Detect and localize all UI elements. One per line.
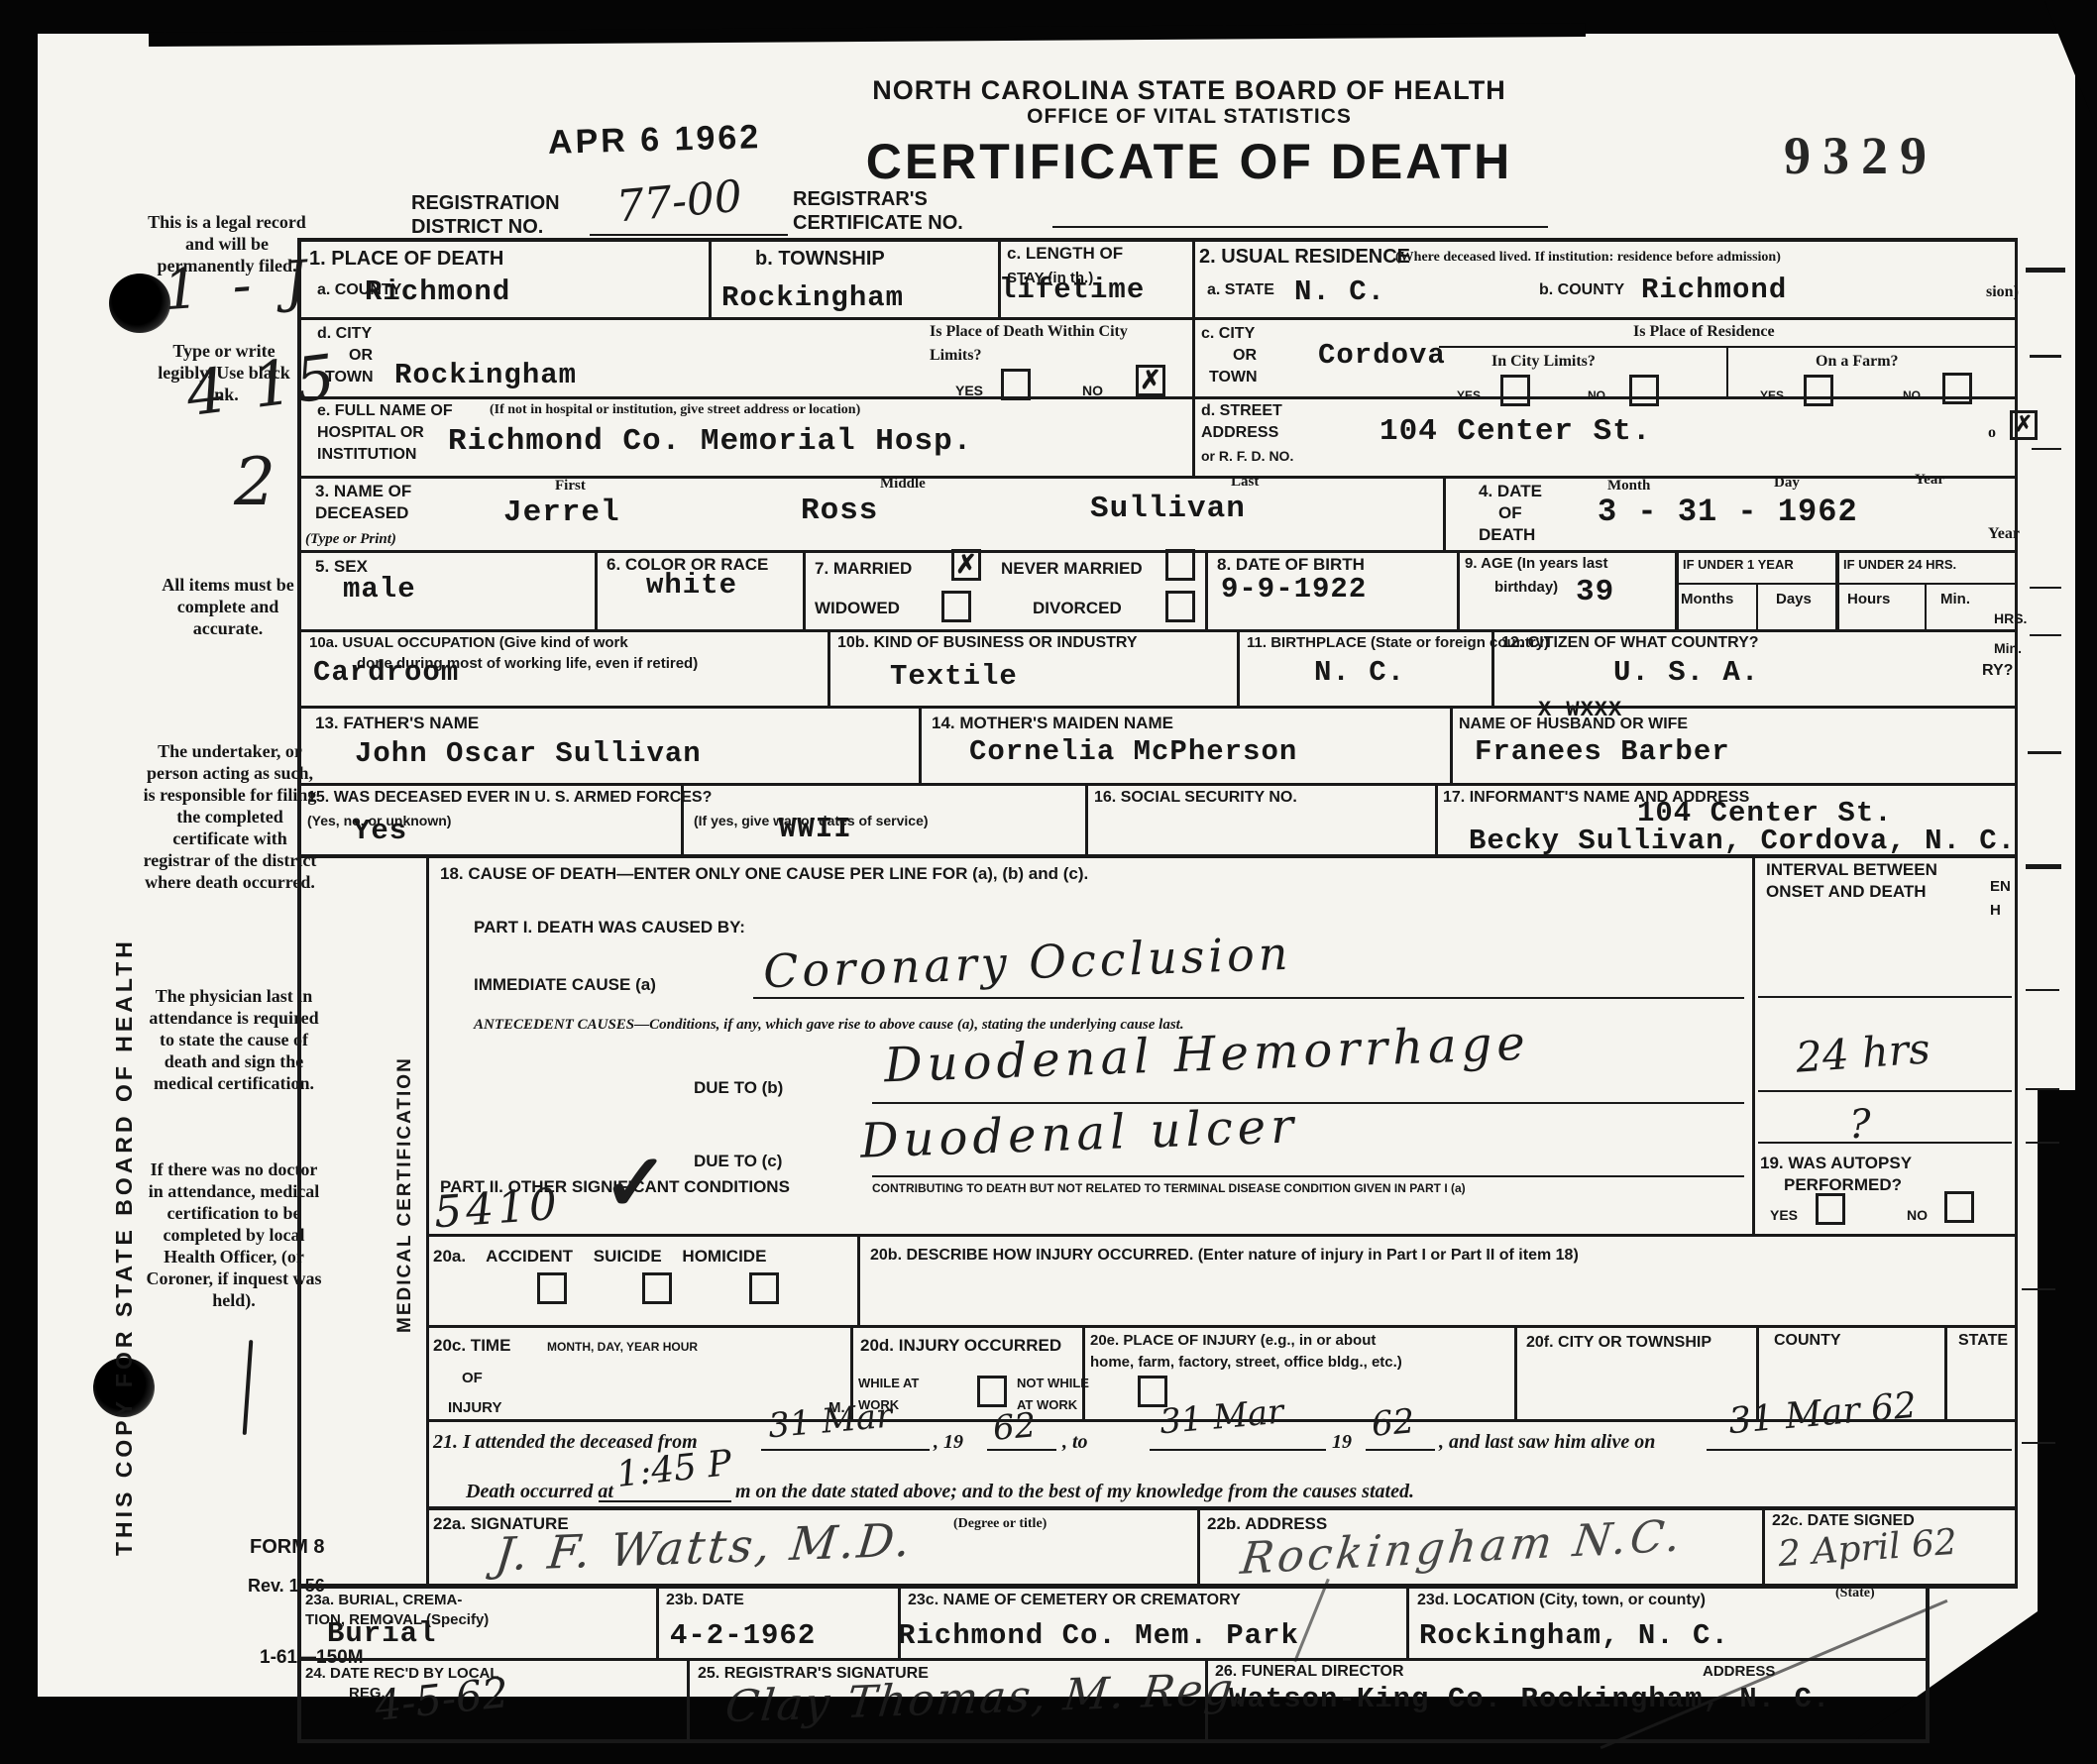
field-min-label: Min. — [1940, 591, 1970, 607]
grid-line — [709, 238, 712, 317]
edge-dash — [2032, 448, 2061, 450]
label-no: NO — [1082, 383, 1103, 398]
field-occupation-label-1: 10a. USUAL OCCUPATION (Give kind of work — [309, 634, 628, 651]
field-place-of-injury-label-2: home, farm, factory, street, office bldg… — [1090, 1354, 1402, 1371]
grid-line — [1726, 346, 1728, 396]
grid-line — [1082, 1325, 1085, 1419]
grid-line — [1085, 783, 1088, 854]
field-never-married-label: NEVER MARRIED — [1001, 559, 1143, 579]
grid-line — [426, 1506, 2018, 1510]
edge-dash — [2022, 1288, 2055, 1290]
value-hospital: Richmond Co. Memorial Hosp. — [448, 424, 972, 459]
grid-line — [1758, 1090, 2012, 1092]
field-residence-city-label-2: OR — [1233, 347, 1257, 365]
field-time-of-injury-label-3: OF — [462, 1370, 483, 1386]
grid-line — [599, 1500, 731, 1502]
field-time-of-injury-label-4: INJURY — [448, 1399, 501, 1416]
grid-line — [1675, 583, 2016, 585]
field-city-limits-label-1: Is Place of Death Within City — [930, 323, 1128, 341]
field-part1-label: PART I. DEATH WAS CAUSED BY: — [474, 918, 745, 937]
attended-text-2: , 19 — [934, 1431, 963, 1454]
handwritten-attended-from-year: 62 — [991, 1405, 1038, 1449]
grid-line — [297, 706, 2018, 709]
field-days-label: Days — [1776, 591, 1812, 607]
checkbox-accident — [537, 1272, 567, 1304]
grid-line — [297, 1658, 1929, 1661]
registrar-certificate-label-1: REGISTRAR'S — [793, 188, 928, 211]
handwritten-margin-3: 2 — [234, 444, 276, 520]
grid-line — [1762, 1506, 1765, 1584]
grid-line — [1752, 854, 1755, 1234]
x-mark-icon: ✗ — [2015, 411, 2033, 436]
field-usual-residence-label: 2. USUAL RESIDENCE — [1199, 246, 1410, 269]
field-name-label-2: DECEASED — [315, 503, 408, 523]
label-yes: YES — [1770, 1207, 1798, 1223]
attended-text-4: 19 — [1332, 1431, 1352, 1454]
field-date-of-birth-label: 8. DATE OF BIRTH — [1217, 555, 1365, 575]
checkbox-death-city-limits-yes — [1001, 369, 1031, 400]
registration-label-2: DISTRICT NO. — [411, 216, 543, 239]
grid-line — [1192, 238, 1195, 476]
edge-fragment: Year — [1988, 525, 2020, 543]
field-date-of-death-label-3: DEATH — [1479, 525, 1535, 545]
field-interval-label-1: INTERVAL BETWEEN — [1766, 860, 1937, 880]
header-office: OFFICE OF VITAL STATISTICS — [753, 105, 1625, 129]
field-industry-label: 10b. KIND OF BUSINESS OR INDUSTRY — [837, 634, 1138, 652]
grid-line — [1406, 1584, 1409, 1658]
grid-line — [297, 317, 2018, 320]
checkbox-while-at-work — [977, 1376, 1007, 1407]
value-age: 39 — [1576, 575, 1614, 609]
grid-line — [297, 550, 2018, 553]
grid-line — [1197, 1506, 1200, 1584]
field-hospital-note: (If not in hospital or institution, give… — [490, 402, 860, 418]
field-divorced-label: DIVORCED — [1033, 599, 1122, 618]
check-mark-icon: ✓ — [603, 1136, 669, 1229]
grid-line — [1457, 550, 1460, 629]
grid-line — [1366, 1449, 1435, 1451]
field-month-label: Month — [1607, 478, 1650, 495]
grid-line — [297, 783, 2018, 786]
grid-line — [297, 1739, 1929, 1743]
field-due-to-c-label: DUE TO (c) — [694, 1152, 782, 1171]
grid-line — [656, 1584, 659, 1658]
edge-dash — [2030, 587, 2061, 589]
grid-line — [828, 629, 830, 706]
field-cemetery-label: 23c. NAME OF CEMETERY OR CREMATORY — [908, 1592, 1241, 1609]
grid-line — [1756, 583, 1758, 629]
margin-note-complete: All items must be complete and accurate. — [144, 575, 312, 640]
field-day-label: Day — [1774, 475, 1800, 492]
field-burial-date-label: 23b. DATE — [666, 1592, 744, 1609]
field-injury-city-label: 20f. CITY OR TOWNSHIP — [1526, 1334, 1711, 1352]
scan-edge-left — [0, 0, 38, 1764]
form-number: FORM 8 — [250, 1536, 325, 1559]
field-date-of-death-label-1: 4. DATE — [1479, 482, 1542, 501]
checkbox-residence-city-no — [1629, 375, 1659, 406]
field-name-label-3: (Type or Print) — [305, 531, 396, 548]
field-last-name-label: Last — [1231, 474, 1259, 491]
value-last-name: Sullivan — [1090, 492, 1246, 526]
grid-line — [297, 238, 301, 1743]
checkbox-suicide — [642, 1272, 672, 1304]
grid-line — [687, 1658, 690, 1739]
field-funeral-director-label: 26. FUNERAL DIRECTOR — [1215, 1663, 1404, 1681]
field-spouse-label: NAME OF HUSBAND OR WIFE — [1459, 716, 1688, 733]
grid-line — [1707, 1449, 2012, 1451]
grid-line — [1944, 1325, 1947, 1419]
field-place-of-injury-label-1: 20e. PLACE OF INJURY (e.g., in or about — [1090, 1332, 1376, 1349]
checkbox-divorced — [1165, 591, 1195, 622]
field-armed-forces-label: 15. WAS DECEASED EVER IN U. S. ARMED FOR… — [307, 789, 712, 807]
checkbox-residence-city-yes — [1500, 375, 1530, 406]
grid-line — [426, 1325, 2018, 1328]
field-autopsy-label-2: PERFORMED? — [1784, 1175, 1902, 1195]
checkbox-autopsy-yes — [1816, 1193, 1845, 1225]
checkbox-farm-no — [1942, 373, 1972, 404]
edge-fragment: RY? — [1982, 662, 2013, 680]
grid-line — [1435, 783, 1438, 854]
value-birthplace: N. C. — [1314, 656, 1405, 689]
certificate-number-stamp: 9329 — [1784, 125, 1938, 186]
value-father-name: John Oscar Sullivan — [355, 737, 702, 770]
value-informant-name: Becky Sullivan, Cordova, N. C. — [1469, 825, 2016, 857]
field-place-of-residence-header: Is Place of Residence — [1633, 323, 1775, 341]
value-street-address: 104 Center St. — [1380, 414, 1651, 449]
field-mother-name-label: 14. MOTHER'S MAIDEN NAME — [932, 714, 1173, 733]
value-township: Rockingham — [721, 281, 904, 314]
field-cause-of-death-label: 18. CAUSE OF DEATH—ENTER ONLY ONE CAUSE … — [440, 864, 1088, 884]
field-injury-occurred-label: 20d. INJURY OCCURRED — [860, 1336, 1061, 1356]
value-occupation: Cardroom — [313, 656, 459, 689]
field-hospital-label-2: HOSPITAL OR — [317, 424, 424, 442]
field-residence-city-label-3: TOWN — [1209, 369, 1258, 386]
handwritten-code-5410: 5410 — [432, 1179, 562, 1239]
registrar-certificate-label-2: CERTIFICATE NO. — [793, 212, 963, 235]
grid-line — [1758, 996, 2012, 998]
field-hospital-label-1: e. FULL NAME OF — [317, 402, 453, 420]
field-middle-name-label: Middle — [880, 476, 926, 493]
value-burial-date: 4-2-1962 — [670, 1619, 816, 1652]
field-age-label-1: 9. AGE (In years last — [1465, 555, 1608, 572]
edge-dash — [2026, 1088, 2059, 1090]
edge-fragment: HRS. — [1994, 610, 2027, 626]
grid-line — [1237, 629, 1240, 706]
field-death-city-label-1: d. CITY — [317, 325, 372, 343]
field-describe-injury-label: 20b. DESCRIBE HOW INJURY OCCURRED. (Ente… — [870, 1247, 1579, 1265]
field-citizen-label: 12. CITIZEN OF WHAT COUNTRY? — [1501, 634, 1759, 652]
field-burial-label-1: 23a. BURIAL, CREMA- — [305, 1592, 462, 1608]
field-first-name-label: First — [555, 478, 586, 495]
edge-dash — [2026, 989, 2059, 991]
value-spouse-name: Franees Barber — [1475, 735, 1730, 768]
grid-line — [753, 997, 1744, 999]
grid-line — [1758, 1142, 2012, 1144]
field-on-farm-label: On a Farm? — [1816, 353, 1899, 371]
field-widowed-label: WIDOWED — [815, 599, 900, 618]
edge-fragment: o — [1988, 424, 1996, 442]
grid-line — [1450, 706, 1453, 783]
checkbox-widowed — [941, 591, 971, 622]
value-war-service: WWII — [779, 813, 852, 845]
grid-line — [761, 1449, 930, 1451]
field-residence-city-label-1: c. CITY — [1201, 325, 1255, 343]
edge-dash — [2030, 634, 2061, 636]
value-race: white — [646, 569, 737, 602]
field-death-city-label-2: OR — [349, 347, 373, 365]
grid-line — [297, 238, 2018, 242]
field-residence-county-label: b. COUNTY — [1539, 281, 1624, 299]
edge-fragment: Min. — [1994, 640, 2022, 656]
value-sex: male — [343, 573, 416, 606]
field-not-while-label-1: NOT WHILE — [1017, 1376, 1089, 1390]
label-no: NO — [1903, 388, 1921, 402]
edge-dash — [2022, 1442, 2055, 1444]
margin-note-undertaker: The undertaker, or person acting as such… — [142, 741, 318, 894]
x-mark-icon: ✗ — [1140, 365, 1161, 394]
value-industry: Textile — [890, 660, 1018, 693]
grid-line — [1675, 550, 1679, 629]
field-months-label: Months — [1681, 591, 1733, 607]
value-residence-state: N. C. — [1294, 276, 1385, 308]
grid-line — [1514, 1325, 1517, 1419]
field-due-to-b-label: DUE TO (b) — [694, 1078, 783, 1098]
field-degree-label: (Degree or title) — [953, 1516, 1047, 1532]
scanned-death-certificate: THIS COPY FOR STATE BOARD OF HEALTH This… — [0, 0, 2097, 1764]
field-injury-county-label: COUNTY — [1774, 1332, 1841, 1350]
value-middle-name: Ross — [801, 494, 878, 528]
value-death-city: Rockingham — [394, 359, 577, 391]
field-married-label: 7. MARRIED — [815, 559, 912, 579]
value-date-of-birth: 9-9-1922 — [1221, 573, 1367, 606]
grid-line — [1926, 1584, 1930, 1743]
field-place-of-death-label: 1. PLACE OF DEATH — [309, 248, 503, 271]
field-immediate-cause-label: IMMEDIATE CAUSE (a) — [474, 975, 656, 995]
grid-line — [297, 1584, 2018, 1589]
grid-line — [426, 854, 429, 1584]
field-residence-state-label: a. STATE — [1207, 281, 1274, 299]
margin-vertical-note: THIS COPY FOR STATE BOARD OF HEALTH — [111, 605, 138, 1556]
handwritten-attended-to-year: 62 — [1370, 1401, 1416, 1445]
x-mark-icon: ✗ — [955, 549, 977, 579]
field-burial-location-label: 23d. LOCATION (City, town, or county) — [1417, 1592, 1706, 1609]
checkbox-never-married — [1165, 549, 1195, 581]
edge-dash — [2026, 864, 2061, 869]
field-autopsy-label-1: 19. WAS AUTOPSY — [1760, 1154, 1912, 1173]
grid-line — [1835, 550, 1839, 629]
field-in-city-limits-label: In City Limits? — [1491, 353, 1596, 371]
field-part2-note: CONTRIBUTING TO DEATH BUT NOT RELATED TO… — [872, 1181, 1466, 1195]
field-street-label-2: ADDRESS — [1201, 424, 1278, 442]
value-length-of-stay: lifetime — [999, 274, 1145, 306]
field-ssn-label: 16. SOCIAL SECURITY NO. — [1094, 789, 1297, 807]
field-time-of-injury-label-2: MONTH, DAY, YEAR HOUR — [547, 1340, 698, 1354]
death-occurred-text-1: Death occurred at — [466, 1481, 613, 1503]
field-name-label-1: 3. NAME OF — [315, 482, 411, 501]
header-board: NORTH CAROLINA STATE BOARD OF HEALTH — [753, 75, 1625, 106]
label-yes: YES — [955, 383, 983, 398]
field-usual-residence-note: (Where deceased lived. If institution: r… — [1395, 250, 1781, 266]
grid-line — [1443, 476, 1446, 550]
value-cemetery: Richmond Co. Mem. Park — [898, 1619, 1299, 1652]
field-injury-state-label: STATE — [1958, 1332, 2008, 1350]
grid-line — [987, 1449, 1056, 1451]
received-date-stamp: APR 6 1962 — [548, 118, 762, 163]
value-residence-county: Richmond — [1641, 274, 1787, 306]
label-yes: YES — [1457, 388, 1481, 402]
field-hospital-label-3: INSTITUTION — [317, 446, 416, 464]
checkbox-autopsy-no — [1944, 1191, 1974, 1223]
grid-line — [590, 234, 788, 236]
medical-certification-vertical-label: MEDICAL CERTIFICATION — [394, 917, 416, 1333]
edge-dash — [2026, 1142, 2059, 1144]
grid-line — [1925, 583, 1927, 629]
grid-line — [857, 1234, 860, 1325]
field-street-label-1: d. STREET — [1201, 402, 1282, 420]
value-citizen: U. S. A. — [1613, 656, 1759, 689]
value-funeral-director: Watson-King Co. Rockingham, N. C. — [1229, 1683, 1830, 1715]
label-no: NO — [1907, 1207, 1928, 1223]
grid-line — [919, 706, 922, 783]
grid-line — [1150, 1449, 1326, 1451]
grid-line — [297, 629, 2018, 632]
edge-dash — [2028, 751, 2061, 754]
field-township-label: b. TOWNSHIP — [755, 248, 885, 271]
edge-dash — [2026, 268, 2065, 273]
grid-line — [872, 1175, 1744, 1177]
checkbox-edge-fragment: ✗ — [2010, 410, 2038, 440]
edge-fragment: H — [1990, 902, 2001, 919]
field-death-city-label-3: TOWN — [325, 369, 374, 386]
attended-text-5: , and last saw him alive on — [1439, 1431, 1655, 1454]
field-date-of-death-label-2: OF — [1498, 503, 1522, 523]
value-burial: Burial — [327, 1617, 436, 1650]
field-funeral-director-address-label: ADDRESS — [1703, 1663, 1775, 1680]
field-interval-label-2: ONSET AND DEATH — [1766, 882, 1927, 902]
grid-line — [1205, 550, 1208, 629]
field-hours-label: Hours — [1847, 591, 1890, 607]
checkbox-death-city-limits-no: ✗ — [1136, 365, 1165, 396]
label-no: NO — [1588, 388, 1605, 402]
field-while-at-work-label-1: WHILE AT — [858, 1376, 919, 1390]
attended-text-3: , to — [1062, 1431, 1088, 1454]
field-street-label-3: or R. F. D. NO. — [1201, 448, 1293, 464]
scan-edge-right-lower — [2038, 1090, 2097, 1764]
death-occurred-text-2: m on the date stated above; and to the b… — [735, 1481, 1414, 1503]
field-year-label: Year — [1915, 472, 1944, 489]
field-under-1-year-label: IF UNDER 1 YEAR — [1683, 557, 1794, 572]
checkbox-married: ✗ — [951, 549, 981, 581]
value-first-name: Jerrel — [503, 496, 620, 530]
field-age-label-2: birthday) — [1494, 579, 1558, 596]
page-title: CERTIFICATE OF DEATH — [694, 133, 1685, 190]
field-under-24-hrs-label: IF UNDER 24 HRS. — [1843, 557, 1956, 572]
value-death-county: Richmond — [365, 276, 510, 308]
edge-fragment: EN — [1990, 878, 2011, 895]
value-date-of-death: 3 - 31 - 1962 — [1598, 494, 1858, 530]
field-father-name-label: 13. FATHER'S NAME — [315, 714, 479, 733]
checkbox-homicide — [749, 1272, 779, 1304]
registration-label-1: REGISTRATION — [411, 192, 560, 215]
grid-line — [1052, 226, 1548, 228]
field-city-limits-label-2: Limits? — [930, 347, 981, 365]
checkbox-farm-yes — [1804, 375, 1833, 406]
value-burial-location: Rockingham, N. C. — [1419, 1619, 1729, 1652]
edge-fragment: sion) — [1986, 283, 2019, 301]
edge-dash — [2030, 355, 2061, 358]
value-armed-forces: Yes — [353, 815, 407, 847]
grid-line — [595, 550, 598, 629]
field-time-of-injury-label-1: 20c. TIME — [433, 1336, 510, 1356]
grid-line — [872, 1102, 1744, 1104]
field-state-label: (State) — [1835, 1586, 1875, 1601]
field-length-of-stay-label-1: c. LENGTH OF — [1007, 244, 1123, 264]
value-mother-name: Cornelia McPherson — [969, 735, 1297, 768]
handwritten-margin-1: 1 - J — [162, 249, 317, 323]
grid-line — [426, 1234, 2018, 1237]
value-residence-city: Cordova — [1318, 339, 1446, 372]
grid-line — [803, 550, 806, 629]
label-yes: YES — [1760, 388, 1784, 402]
handwritten-interval-b: 24 hrs — [1794, 1024, 1931, 1081]
field-accident-suicide-homicide-label: 20a. ACCIDENT SUICIDE HOMICIDE — [433, 1247, 766, 1267]
hole-punch-top — [109, 274, 170, 333]
